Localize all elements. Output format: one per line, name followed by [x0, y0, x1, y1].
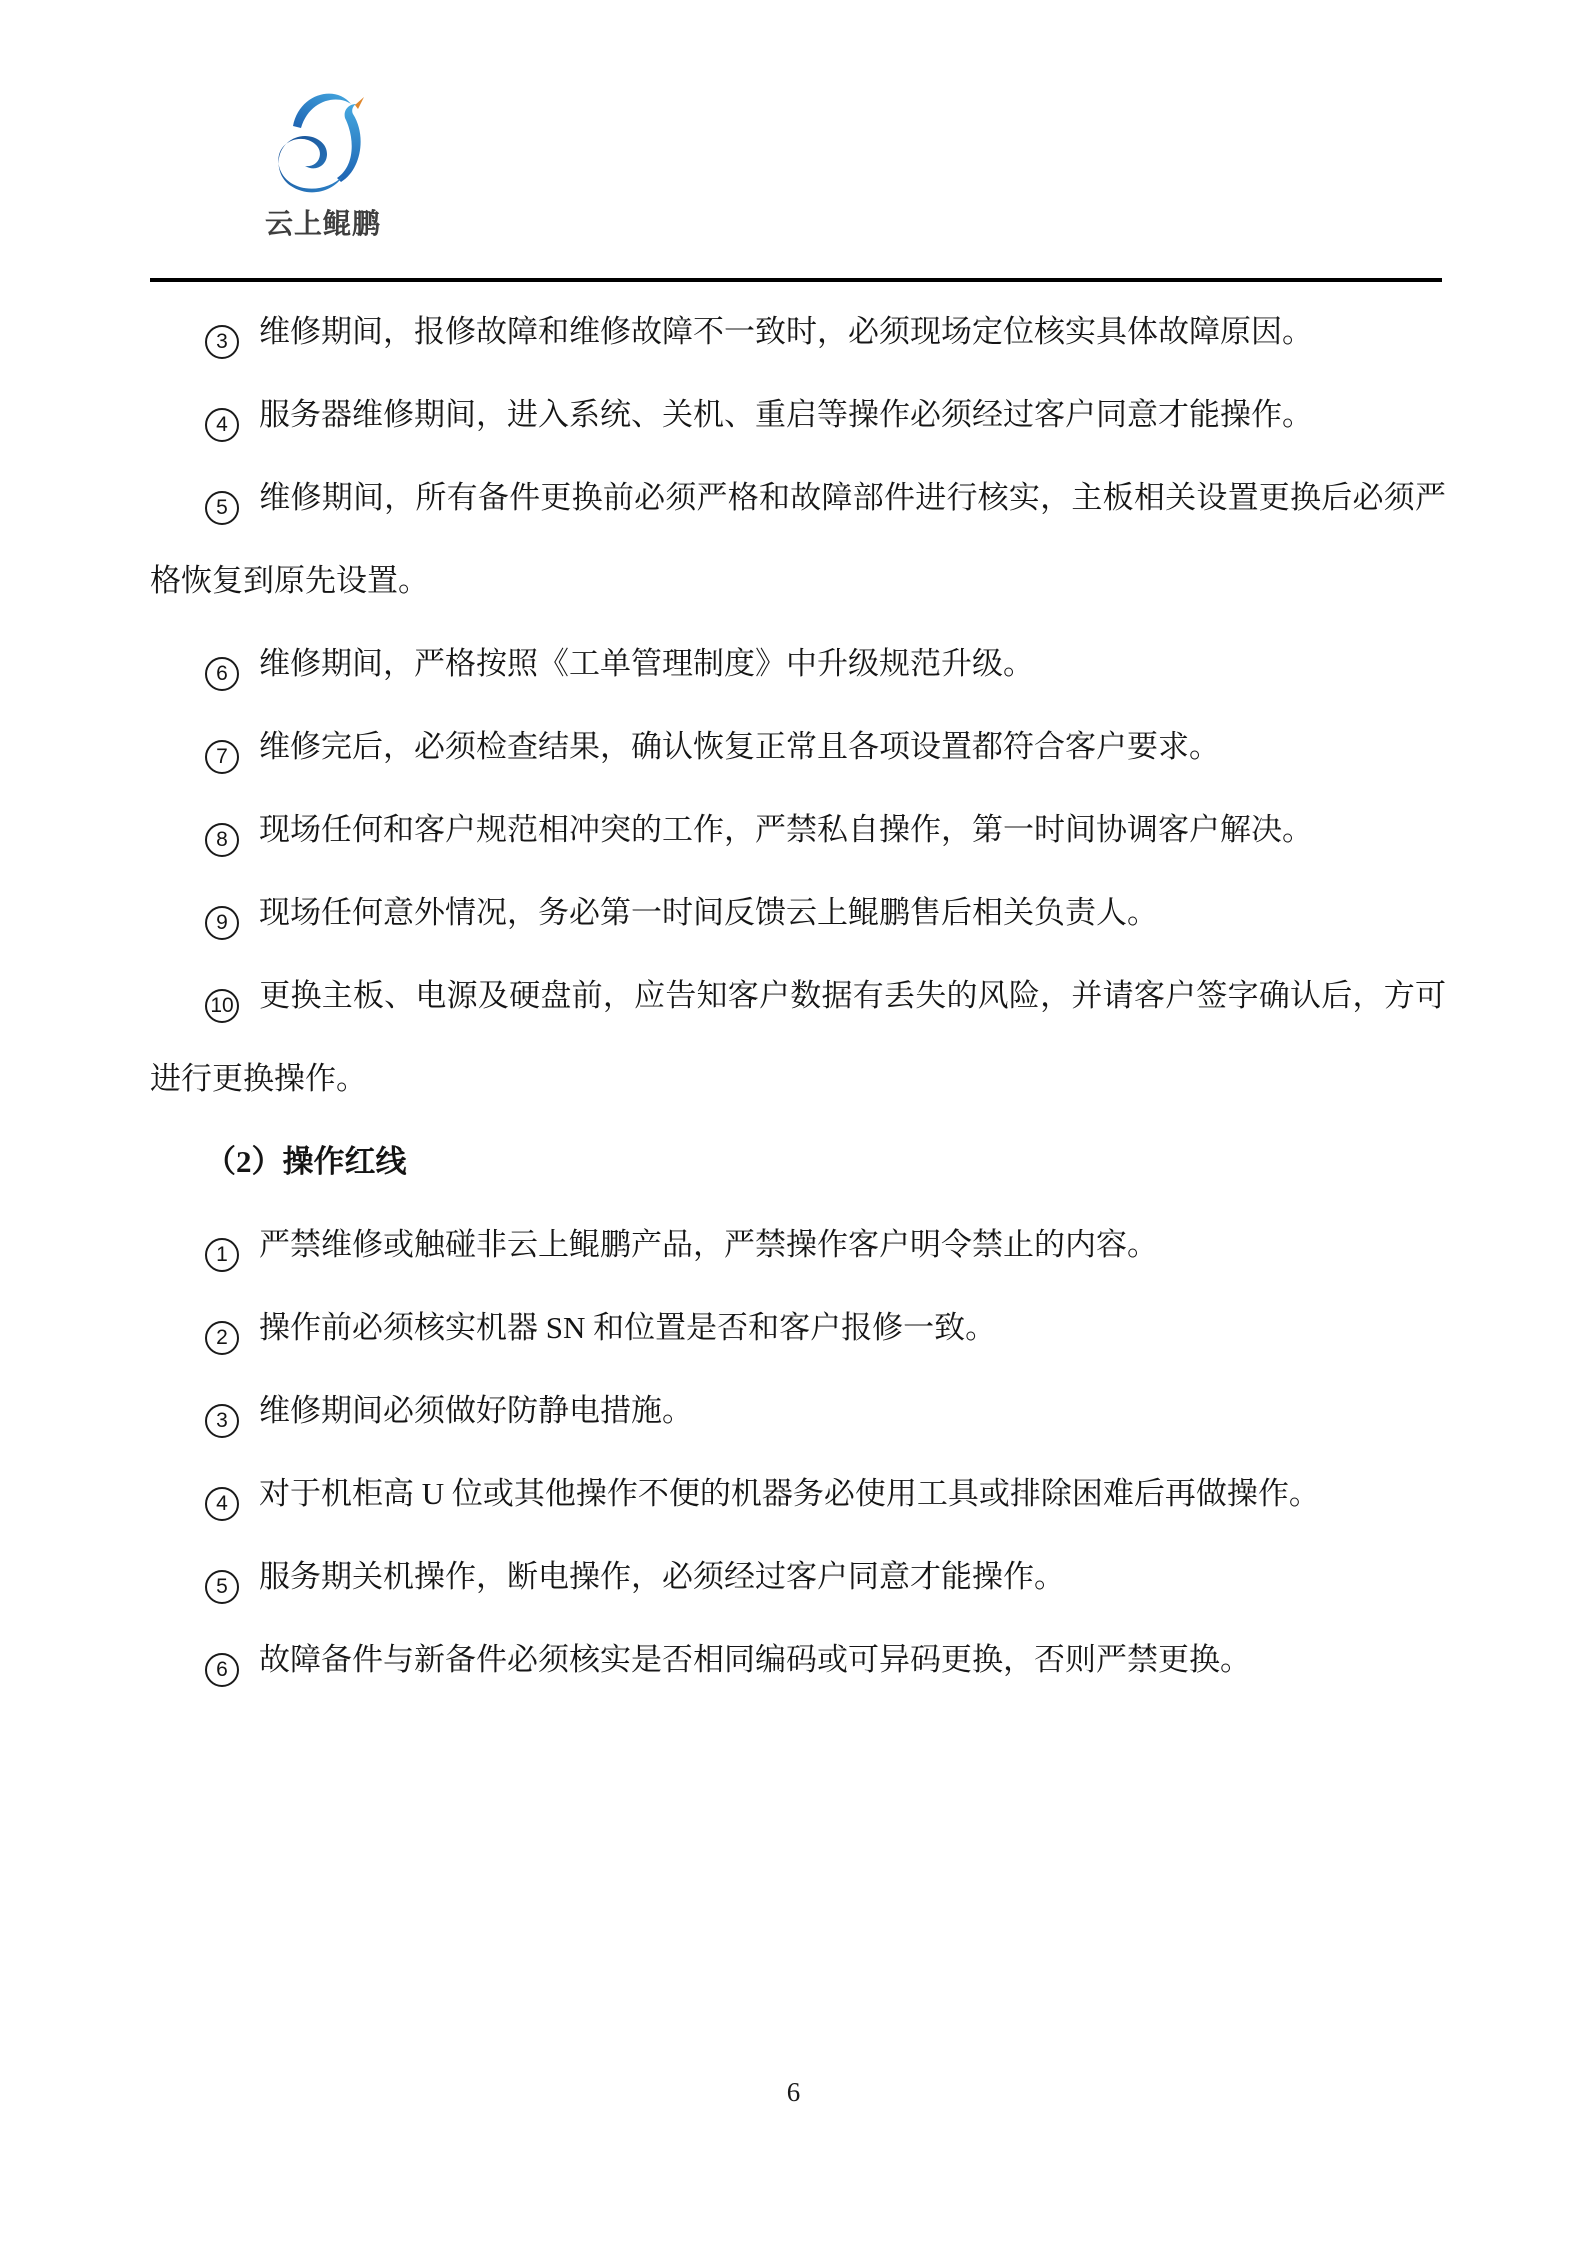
list-item-text: 服务期关机操作，断电操作，必须经过客户同意才能操作。	[259, 1559, 1065, 1594]
list-item-text: 对于机柜高 U 位或其他操作不便的机器务必使用工具或排除困难后再做操作。	[259, 1476, 1320, 1511]
circled-number: 6	[205, 657, 239, 691]
circled-number: 3	[205, 1404, 239, 1438]
list-item-text: 维修完后，必须检查结果，确认恢复正常且各项设置都符合客户要求。	[259, 729, 1220, 764]
list-item: 3维修期间，报修故障和维修故障不一致时，必须现场定位核实具体故障原因。	[150, 290, 1446, 373]
list-item: 1严禁维修或触碰非云上鲲鹏产品，严禁操作客户明令禁止的内容。	[150, 1203, 1446, 1286]
page-footer: 6	[0, 2072, 1587, 2112]
circled-number: 9	[205, 906, 239, 940]
list-item: 8现场任何和客户规范相冲突的工作，严禁私自操作，第一时间协调客户解决。	[150, 788, 1446, 871]
list-item: 7维修完后，必须检查结果，确认恢复正常且各项设置都符合客户要求。	[150, 705, 1446, 788]
circled-number: 3	[205, 325, 239, 359]
list-item-text: 现场任何意外情况，务必第一时间反馈云上鲲鹏售后相关负责人。	[259, 895, 1158, 930]
list-item-text: 维修期间，所有备件更换前必须严格和故障部件进行核实，主板相关设置更换后必须严格恢…	[150, 480, 1446, 598]
logo-brand-text: 云上鲲鹏	[248, 202, 398, 242]
circled-number: 10	[205, 989, 239, 1023]
circled-number: 2	[205, 1321, 239, 1355]
list-item-text: 维修期间，报修故障和维修故障不一致时，必须现场定位核实具体故障原因。	[259, 314, 1313, 349]
list-item: 5维修期间，所有备件更换前必须严格和故障部件进行核实，主板相关设置更换后必须严格…	[150, 456, 1446, 622]
list-item: 3维修期间必须做好防静电措施。	[150, 1369, 1446, 1452]
circled-number: 5	[205, 1570, 239, 1604]
list-item-text: 故障备件与新备件必须核实是否相同编码或可异码更换，否则严禁更换。	[259, 1642, 1251, 1677]
list-item-text: 现场任何和客户规范相冲突的工作，严禁私自操作，第一时间协调客户解决。	[259, 812, 1313, 847]
list-item: 10更换主板、电源及硬盘前，应告知客户数据有丢失的风险，并请客户签字确认后，方可…	[150, 954, 1446, 1120]
header-divider	[150, 278, 1442, 282]
circled-number: 5	[205, 491, 239, 525]
list-item-text: 维修期间必须做好防静电措施。	[259, 1393, 693, 1428]
document-page: 云上鲲鹏 3维修期间，报修故障和维修故障不一致时，必须现场定位核实具体故障原因。…	[0, 0, 1587, 2245]
page-number: 6	[787, 2077, 801, 2107]
list-item-text: 严禁维修或触碰非云上鲲鹏产品，严禁操作客户明令禁止的内容。	[259, 1227, 1158, 1262]
list-item: 6故障备件与新备件必须核实是否相同编码或可异码更换，否则严禁更换。	[150, 1618, 1446, 1701]
list-item-text: 服务器维修期间，进入系统、关机、重启等操作必须经过客户同意才能操作。	[259, 397, 1313, 432]
list-item: 2操作前必须核实机器 SN 和位置是否和客户报修一致。	[150, 1286, 1446, 1369]
kunpeng-bird-cloud-icon	[271, 78, 375, 200]
circled-number: 1	[205, 1238, 239, 1272]
section-heading: （2）操作红线	[150, 1120, 1446, 1203]
circled-number: 4	[205, 408, 239, 442]
circled-number: 6	[205, 1653, 239, 1687]
document-body: 3维修期间，报修故障和维修故障不一致时，必须现场定位核实具体故障原因。 4服务器…	[150, 290, 1446, 1701]
list-item: 4对于机柜高 U 位或其他操作不便的机器务必使用工具或排除困难后再做操作。	[150, 1452, 1446, 1535]
company-logo: 云上鲲鹏	[248, 78, 398, 242]
list-item-text: 操作前必须核实机器 SN 和位置是否和客户报修一致。	[259, 1310, 996, 1345]
circled-number: 4	[205, 1487, 239, 1521]
list-item: 6维修期间，严格按照《工单管理制度》中升级规范升级。	[150, 622, 1446, 705]
list-item: 5服务期关机操作，断电操作，必须经过客户同意才能操作。	[150, 1535, 1446, 1618]
circled-number: 7	[205, 740, 239, 774]
list-item-text: 更换主板、电源及硬盘前，应告知客户数据有丢失的风险，并请客户签字确认后，方可进行…	[150, 978, 1446, 1096]
circled-number: 8	[205, 823, 239, 857]
list-item: 9现场任何意外情况，务必第一时间反馈云上鲲鹏售后相关负责人。	[150, 871, 1446, 954]
list-item: 4服务器维修期间，进入系统、关机、重启等操作必须经过客户同意才能操作。	[150, 373, 1446, 456]
list-item-text: 维修期间，严格按照《工单管理制度》中升级规范升级。	[259, 646, 1034, 681]
